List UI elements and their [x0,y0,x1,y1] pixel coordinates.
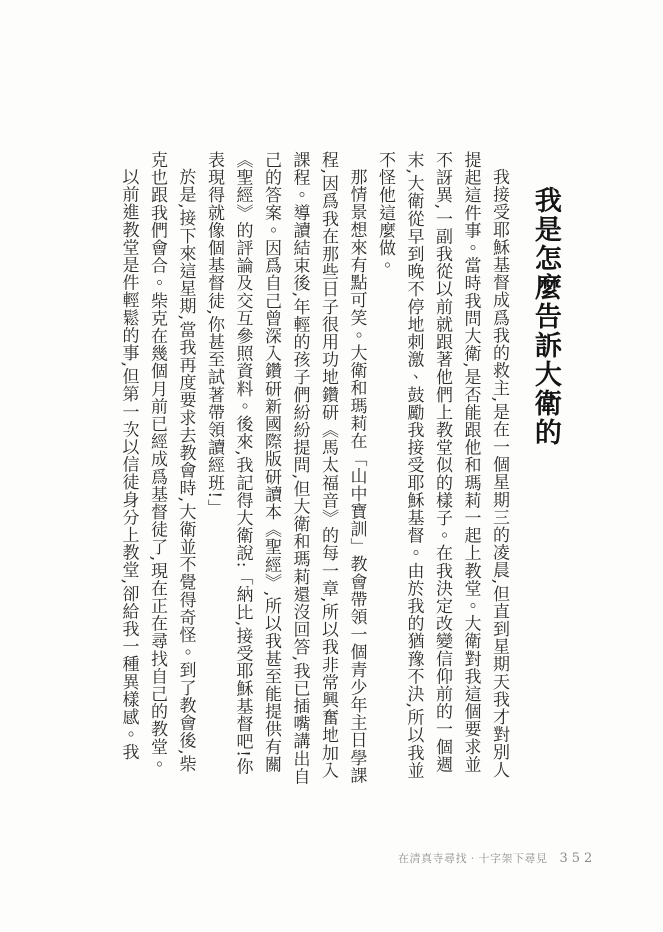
page-footer: 在清真寺尋找‧十字架下尋見352 [398,850,596,866]
body-paragraph: 於是,接下來這星期,當我再度要求去教會時,大衛並不覺得奇怪。到了教會後,柴克也跟… [143,151,200,785]
book-page: 我是怎麼告訴大衛的 我接受耶穌基督成爲我的救主,是在一個星期三的凌晨,但直到星期… [0,0,663,932]
footer-book-title: 在清真寺尋找‧十字架下尋見 [398,852,548,865]
chapter-title: 我是怎麼告訴大衛的 [526,186,565,447]
body-paragraph: 那情景想來有點可笑。大衛和瑪莉在「山中寶訓」教會帶領一個青少年主日學課程,因爲我… [200,151,371,785]
body-text: 我接受耶穌基督成爲我的救主,是在一個星期三的凌晨,但直到星期天我才對別人提起這件… [114,151,513,785]
body-paragraph: 以前進教堂是件輕鬆的事,但第一次以信徒身分上教堂,卻給我一種異樣感。我 [114,151,143,785]
footer-page-number: 352 [560,851,597,866]
body-paragraph: 我接受耶穌基督成爲我的救主,是在一個星期三的凌晨,但直到星期天我才對別人提起這件… [371,151,514,785]
